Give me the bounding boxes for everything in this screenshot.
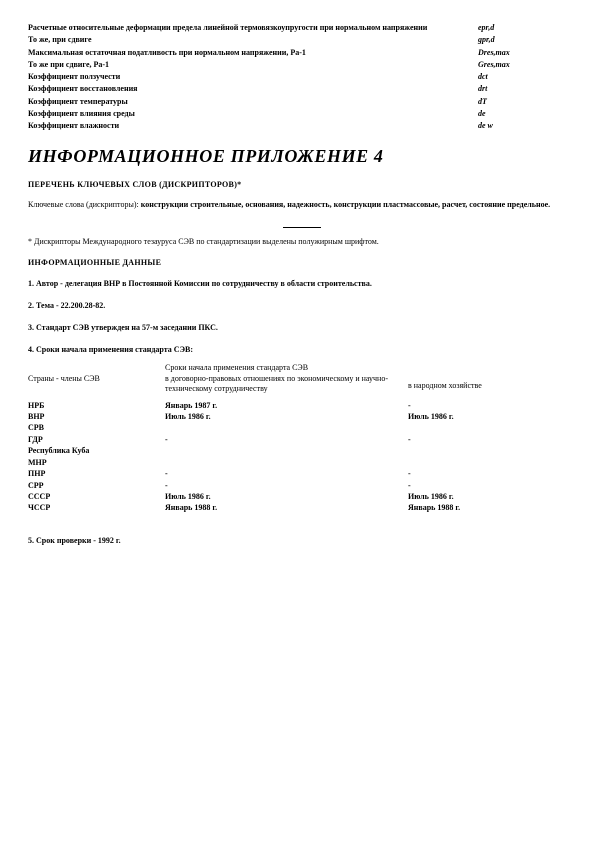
cell-contractual-date: - [165, 480, 408, 491]
cell-contractual-date [165, 445, 408, 456]
definition-symbol: gpr,d [478, 34, 495, 46]
table-header-national: в народном хозяйстве [408, 363, 575, 394]
table-row: ГДР - - [28, 434, 575, 445]
cell-national-date: - [408, 400, 575, 411]
cell-contractual-date: - [165, 468, 408, 479]
cell-national-date [408, 445, 575, 456]
cell-country: ПНР [28, 468, 165, 479]
definition-row: Расчетные относительные деформации преде… [28, 22, 575, 34]
footnote-text: * Дискрипторы Международного тезауруса С… [28, 237, 575, 247]
definition-symbol: Gres,max [478, 59, 510, 71]
keywords-list: конструкции строительные, основания, над… [141, 200, 550, 209]
countries-table: Страны - члены СЭВ Сроки начала применен… [28, 363, 575, 514]
info-item-check-date: 5. Срок проверки - 1992 г. [28, 536, 575, 546]
definition-symbol: de w [478, 120, 493, 132]
cell-country: СССР [28, 491, 165, 502]
table-row: ПНР - - [28, 468, 575, 479]
cell-national-date [408, 457, 575, 468]
keywords-lead: Ключевые слова (дискрипторы): [28, 200, 141, 209]
cell-contractual-date: Январь 1988 г. [165, 502, 408, 513]
cell-national-date: Январь 1988 г. [408, 502, 575, 513]
cell-country: СРВ [28, 422, 165, 433]
info-item-dates: 4. Сроки начала применения стандарта СЭВ… [28, 345, 575, 355]
definition-row: Коэффициент влажности de w [28, 120, 575, 132]
definition-label: Коэффициент влажности [28, 120, 478, 132]
definition-row: То же, при сдвиге gpr,d [28, 34, 575, 46]
table-header-countries: Страны - члены СЭВ [28, 363, 165, 394]
cell-contractual-date [165, 422, 408, 433]
definition-symbol: dct [478, 71, 488, 83]
definition-label: То же при сдвиге, Ра-1 [28, 59, 478, 71]
table-row: ВНР Июль 1986 г. Июль 1986 г. [28, 411, 575, 422]
cell-contractual-date [165, 457, 408, 468]
info-item-author: 1. Автор - делегация ВНР в Постоянной Ко… [28, 279, 575, 289]
table-row: Республика Куба [28, 445, 575, 456]
cell-national-date [408, 422, 575, 433]
table-header-dates-main: Сроки начала применения стандарта СЭВ [165, 363, 408, 373]
cell-contractual-date: - [165, 434, 408, 445]
cell-country: Республика Куба [28, 445, 165, 456]
definition-row: Коэффициент влияния среды de [28, 108, 575, 120]
table-header-dates-sub: в договорно-правовых отношениях по эконо… [165, 374, 390, 394]
definition-label: Коэффициент влияния среды [28, 108, 478, 120]
definition-row: Коэффициент температуры dT [28, 96, 575, 108]
table-row: СРР - - [28, 480, 575, 491]
cell-national-date: - [408, 468, 575, 479]
cell-national-date: - [408, 480, 575, 491]
definition-label: То же, при сдвиге [28, 34, 478, 46]
table-header-row: Страны - члены СЭВ Сроки начала применен… [28, 363, 575, 394]
cell-national-date: Июль 1986 г. [408, 411, 575, 422]
definition-symbol: Dres,max [478, 47, 510, 59]
definition-label: Коэффициент температуры [28, 96, 478, 108]
definitions-list: Расчетные относительные деформации преде… [28, 22, 575, 133]
table-row: СССР Июль 1986 г. Июль 1986 г. [28, 491, 575, 502]
table-row: ЧССР Январь 1988 г. Январь 1988 г. [28, 502, 575, 513]
table-row: МНР [28, 457, 575, 468]
table-body: НРБ Январь 1987 г. - ВНР Июль 1986 г. Ию… [28, 400, 575, 514]
definition-label: Коэффициент ползучести [28, 71, 478, 83]
definition-row: То же при сдвиге, Ра-1 Gres,max [28, 59, 575, 71]
definition-symbol: de [478, 108, 486, 120]
cell-country: ВНР [28, 411, 165, 422]
definition-label: Максимальная остаточная податливость при… [28, 47, 478, 59]
definition-symbol: epr,d [478, 22, 494, 34]
definition-label: Расчетные относительные деформации преде… [28, 22, 478, 34]
cell-country: МНР [28, 457, 165, 468]
keywords-paragraph: Ключевые слова (дискрипторы): конструкци… [28, 199, 575, 210]
cell-national-date: Июль 1986 г. [408, 491, 575, 502]
cell-country: ГДР [28, 434, 165, 445]
table-row: НРБ Январь 1987 г. - [28, 400, 575, 411]
document-page: Расчетные относительные деформации преде… [0, 0, 595, 842]
cell-country: НРБ [28, 400, 165, 411]
definition-row: Максимальная остаточная податливость при… [28, 47, 575, 59]
cell-contractual-date: Январь 1987 г. [165, 400, 408, 411]
table-header-dates: Сроки начала применения стандарта СЭВ в … [165, 363, 408, 394]
keywords-heading: ПЕРЕЧЕНЬ КЛЮЧЕВЫХ СЛОВ (ДИСКРИПТОРОВ)* [28, 180, 575, 189]
cell-national-date: - [408, 434, 575, 445]
info-data-heading: ИНФОРМАЦИОННЫЕ ДАННЫЕ [28, 258, 575, 267]
info-item-approval: 3. Стандарт СЭВ утвержден на 57-м заседа… [28, 323, 575, 333]
definition-row: Коэффициент восстановления drt [28, 83, 575, 95]
footnote-divider [283, 227, 321, 228]
info-item-theme: 2. Тема - 22.200.28-82. [28, 301, 575, 311]
table-row: СРВ [28, 422, 575, 433]
cell-contractual-date: Июль 1986 г. [165, 491, 408, 502]
definition-row: Коэффициент ползучести dct [28, 71, 575, 83]
cell-country: ЧССР [28, 502, 165, 513]
cell-contractual-date: Июль 1986 г. [165, 411, 408, 422]
appendix-title: ИНФОРМАЦИОННОЕ ПРИЛОЖЕНИЕ 4 [28, 146, 575, 166]
definition-symbol: dT [478, 96, 487, 108]
cell-country: СРР [28, 480, 165, 491]
definition-label: Коэффициент восстановления [28, 83, 478, 95]
definition-symbol: drt [478, 83, 487, 95]
